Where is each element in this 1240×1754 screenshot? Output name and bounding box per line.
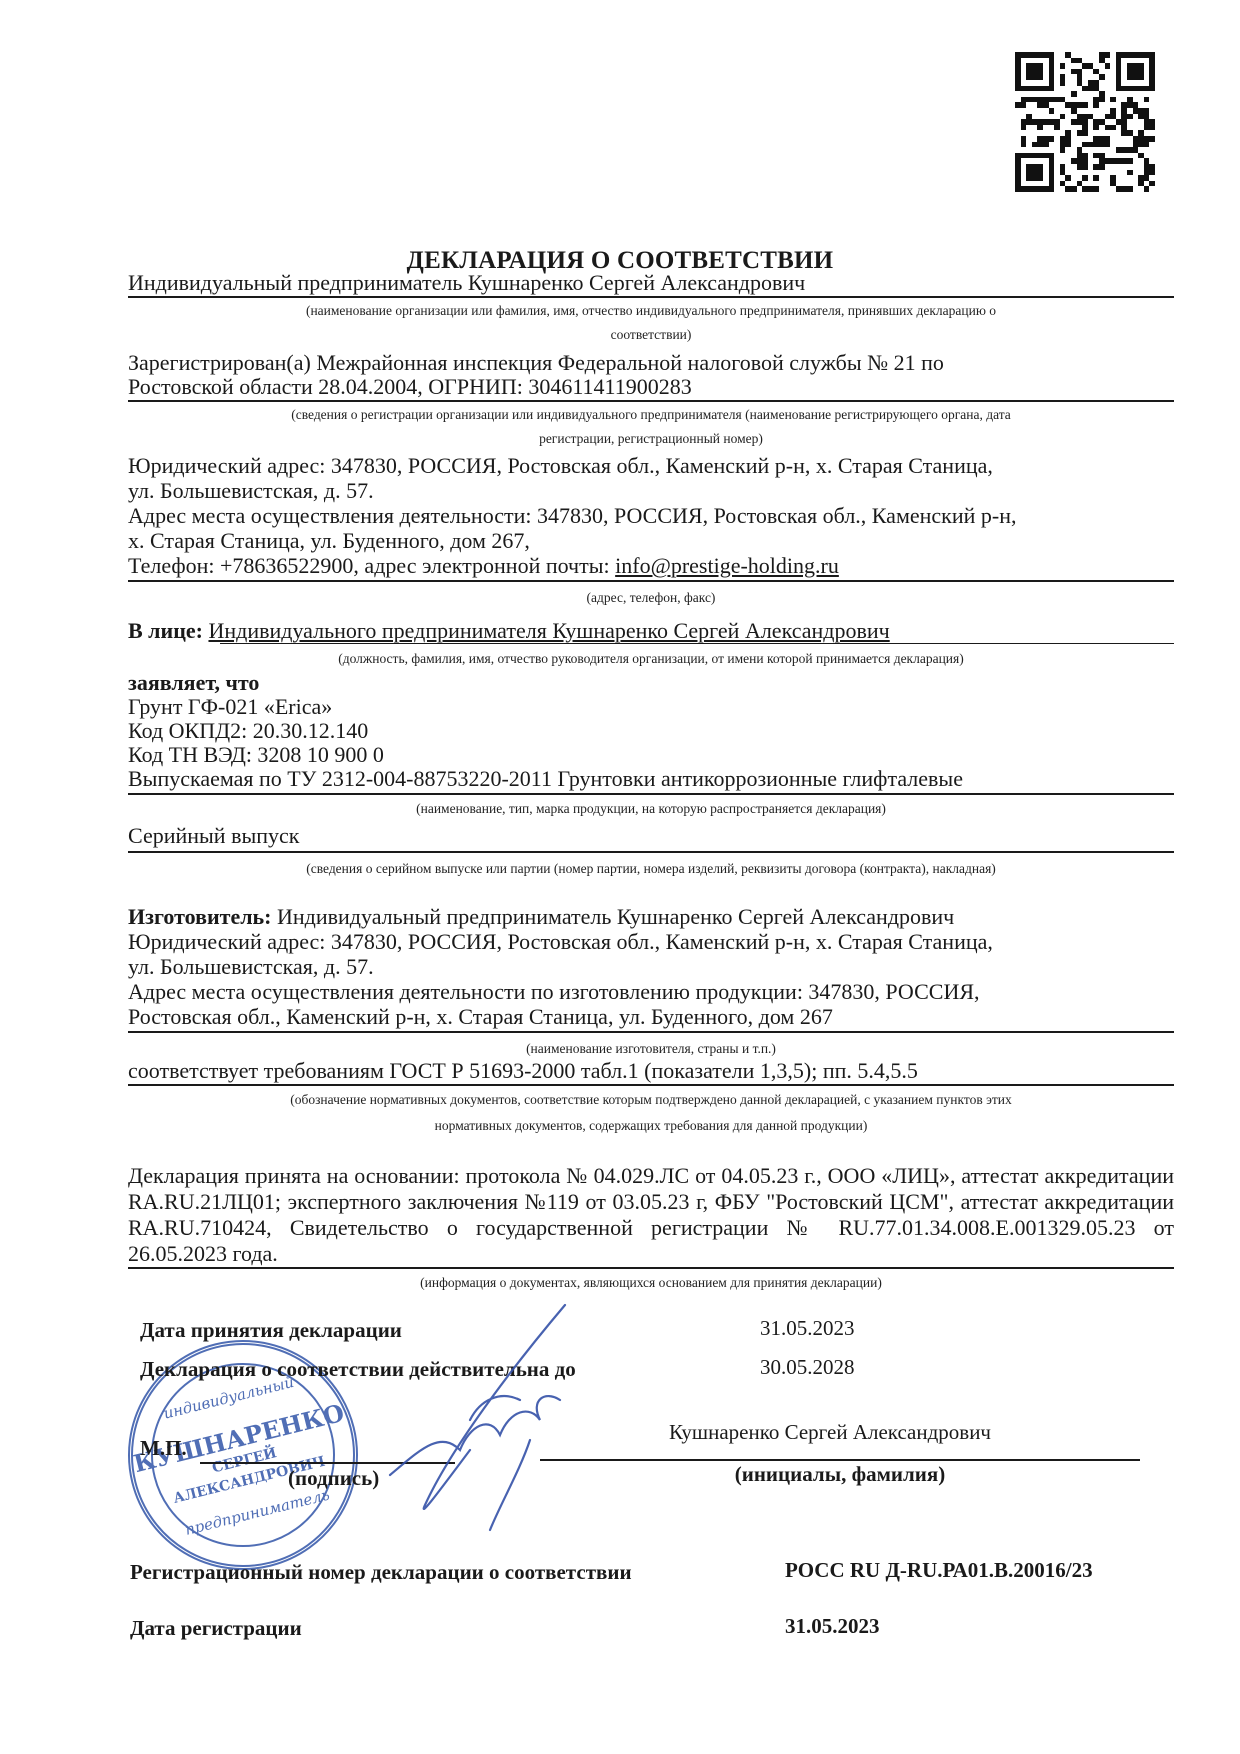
registration-hint-2: регистрации, регистрационный номер) bbox=[128, 426, 1174, 451]
divider bbox=[128, 851, 1174, 853]
handwritten-signature bbox=[330, 1300, 600, 1540]
manufacturer-legal-1: Юридический адрес: 347830, РОССИЯ, Росто… bbox=[128, 929, 993, 955]
accepted-date-value: 31.05.2023 bbox=[760, 1316, 855, 1341]
series-value: Серийный выпуск bbox=[128, 823, 299, 849]
product-hint: (наименование, тип, марка продукции, на … bbox=[128, 796, 1174, 821]
email-link[interactable]: info@prestige-holding.ru bbox=[615, 553, 839, 578]
manufacturer-name: Индивидуальный предприниматель Кушнаренк… bbox=[277, 904, 954, 929]
valid-until-value: 30.05.2028 bbox=[760, 1355, 855, 1380]
registration-hint-1: (сведения о регистрации организации или … bbox=[128, 402, 1174, 427]
name-hint: (инициалы, фамилия) bbox=[540, 1462, 1140, 1487]
conformity-hint-2: нормативных документов, содержащих требо… bbox=[128, 1113, 1174, 1138]
divider bbox=[128, 1031, 1174, 1033]
applicant-name: Индивидуальный предприниматель Кушнаренк… bbox=[128, 270, 805, 296]
representative-label: В лице: bbox=[128, 618, 203, 643]
address-hint: (адрес, телефон, факс) bbox=[128, 585, 1174, 610]
activity-address-line-2: х. Старая Станица, ул. Буденного, дом 26… bbox=[128, 528, 530, 554]
contact-prefix: Телефон: +78636522900, адрес электронной… bbox=[128, 553, 615, 578]
registration-date-label: Дата регистрации bbox=[130, 1616, 302, 1641]
divider bbox=[128, 793, 1174, 795]
manufacturer-prod-2: Ростовская обл., Каменский р-н, х. Стара… bbox=[128, 1004, 833, 1030]
divider bbox=[128, 1267, 1174, 1269]
registration-number-value: РОСС RU Д-RU.РА01.В.20016/23 bbox=[785, 1558, 1093, 1583]
product-spec: Выпускаемая по ТУ 2312-004-88753220-2011… bbox=[128, 766, 963, 792]
product-tnved: Код ТН ВЭД: 3208 10 900 0 bbox=[128, 742, 384, 768]
conformity-hint-1: (обозначение нормативных документов, соо… bbox=[128, 1087, 1174, 1112]
applicant-hint-2: соответствии) bbox=[128, 322, 1174, 347]
applicant-hint-1: (наименование организации или фамилия, и… bbox=[128, 298, 1174, 323]
activity-address-line-1: Адрес места осуществления деятельности: … bbox=[128, 503, 1017, 529]
divider bbox=[128, 1084, 1174, 1086]
signer-name: Кушнаренко Сергей Александрович bbox=[630, 1420, 1030, 1445]
qr-code bbox=[1015, 52, 1155, 192]
product-okpd2: Код ОКПД2: 20.30.12.140 bbox=[128, 718, 368, 744]
legal-address-line-1: Юридический адрес: 347830, РОССИЯ, Росто… bbox=[128, 453, 993, 479]
manufacturer-label: Изготовитель: bbox=[128, 904, 272, 929]
series-hint: (сведения о серийном выпуске или партии … bbox=[128, 856, 1174, 881]
stamp-place-label: М.П. bbox=[140, 1436, 187, 1461]
manufacturer-prod-1: Адрес места осуществления деятельности п… bbox=[128, 979, 980, 1005]
conformity-value: соответствует требованиям ГОСТ Р 51693-2… bbox=[128, 1058, 918, 1084]
legal-address-line-2: ул. Большевистская, д. 57. bbox=[128, 478, 374, 504]
contact-line: Телефон: +78636522900, адрес электронной… bbox=[128, 553, 839, 579]
manufacturer-legal-2: ул. Большевистская, д. 57. bbox=[128, 954, 374, 980]
registration-date-value: 31.05.2023 bbox=[785, 1614, 880, 1639]
name-line bbox=[540, 1459, 1140, 1461]
declares-label: заявляет, что bbox=[128, 670, 259, 696]
registration-number-label: Регистрационный номер декларации о соотв… bbox=[130, 1560, 632, 1585]
representative-hint: (должность, фамилия, имя, отчество руков… bbox=[128, 646, 1174, 671]
representative-line: В лице: Индивидуального предпринимателя … bbox=[128, 618, 890, 644]
representative-value: Индивидуального предпринимателя Кушнарен… bbox=[208, 618, 889, 643]
divider bbox=[220, 643, 1174, 644]
registration-line-1: Зарегистрирован(а) Межрайонная инспекция… bbox=[128, 350, 944, 376]
product-name: Грунт ГФ-021 «Erica» bbox=[128, 694, 332, 720]
manufacturer-line: Изготовитель: Индивидуальный предпринима… bbox=[128, 904, 954, 930]
basis-text: Декларация принята на основании: протоко… bbox=[128, 1163, 1174, 1267]
divider bbox=[128, 580, 1174, 582]
registration-line-2: Ростовской области 28.04.2004, ОГРНИП: 3… bbox=[128, 374, 692, 400]
basis-hint: (информация о документах, являющихся осн… bbox=[128, 1270, 1174, 1295]
